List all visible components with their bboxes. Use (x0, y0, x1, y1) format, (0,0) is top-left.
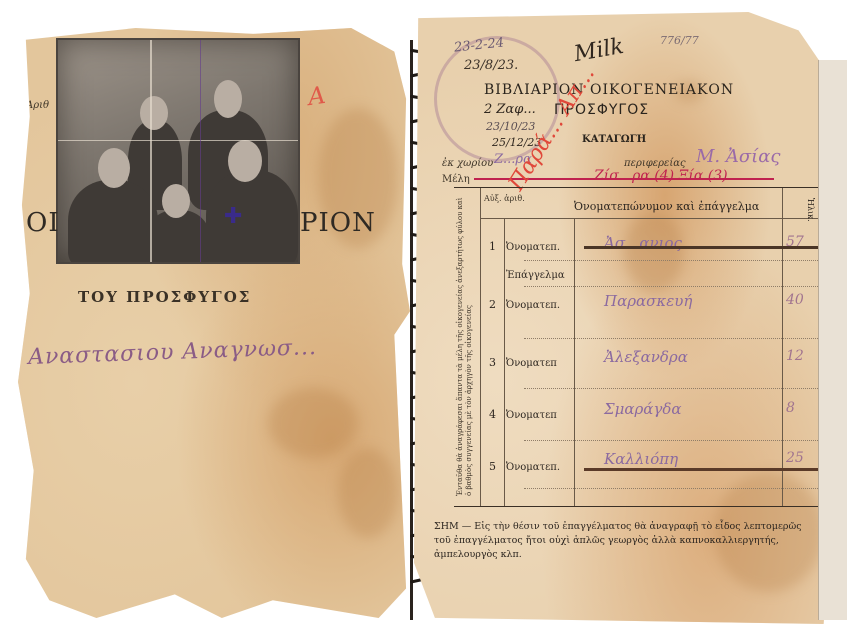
table-divider (574, 218, 575, 506)
header-divider (480, 218, 824, 219)
row-name: Καλλιόπη (604, 450, 678, 468)
crack (150, 40, 152, 262)
row-number: 2 (484, 298, 496, 311)
person-face (162, 184, 190, 218)
person-figure (68, 180, 158, 264)
row-name: Ἀλεξανδρα (604, 348, 688, 366)
column-header-age: Ἡλικ. (806, 198, 815, 222)
row-age: 40 (786, 292, 804, 308)
row-divider (524, 440, 824, 441)
row-number: 4 (484, 408, 496, 421)
region-value: Μ. Ἀσίας (696, 146, 780, 167)
table-divider (480, 188, 481, 506)
refugee-label: ΤΟΥ ΠΡΟΣΦΥΓΟΣ (78, 288, 251, 306)
column-header-name: Ὀνοματεπώνυμον καὶ ἐπάγγελμα (574, 200, 759, 213)
cross-mark-icon: ✚ (224, 204, 242, 229)
person-face (228, 140, 262, 182)
row-label: Ὀνοματεπ. (506, 242, 560, 253)
strike-line (584, 246, 824, 249)
row-label: Ὀνοματεπ (506, 358, 557, 369)
row-name: Παρασκευή (604, 292, 692, 310)
title-fragment-right: ΡΙΟΝ (300, 208, 376, 238)
stain (338, 448, 398, 538)
footnote: ΣΗΜ — Εἰς τὴν θέσιν τοῦ ἐπαγγέλματος θὰ … (434, 520, 814, 562)
table-divider (504, 218, 505, 506)
row-label: Ὀνοματεπ (506, 410, 557, 421)
handwritten-date: 23/8/23. (464, 58, 518, 73)
row-age: 12 (786, 348, 804, 364)
column-header-number: Αὐξ. ἀριθ. (484, 194, 525, 204)
owner-name-handwritten: Αναστασιου Αναγνωσ... (28, 335, 318, 370)
person-face (140, 96, 168, 130)
back-page-edge (818, 60, 847, 620)
members-value: Ζίσ...ρα (4) Ξία (3) (594, 168, 728, 184)
person-figure (206, 170, 298, 264)
strike-line (584, 468, 824, 471)
person-face (98, 148, 130, 188)
title-fragment-left: ΟΙ (26, 208, 60, 238)
signature: Milk (572, 34, 626, 67)
handwritten-note: 2 Ζαφ... (484, 102, 536, 117)
handwritten-date: 23/10/23 (486, 120, 535, 133)
family-members-table: Ἐνταῦθα θὰ ἀναγράφεσαι ἅπαντα τὰ μέλη τῆ… (454, 187, 824, 507)
number-label: Αριθ (26, 100, 49, 111)
table-divider (782, 188, 783, 506)
row-label: Ὀνοματεπ. (506, 462, 560, 473)
row-divider (524, 260, 824, 261)
crack (58, 140, 298, 141)
left-page: Αριθ ✚ A ΟΙ ΡΙΟΝ ΤΟΥ ΠΡΟΣΦΥΓΟΣ Αναστασιο… (18, 28, 410, 618)
row-divider (524, 338, 824, 339)
row-number: 3 (484, 356, 496, 369)
row-number: 5 (484, 460, 496, 473)
row-age: 25 (786, 450, 804, 466)
side-note: Ἐνταῦθα θὰ ἀναγράφεσαι ἅπαντα τὰ μέλη τῆ… (456, 196, 480, 496)
row-divider (524, 286, 824, 287)
row-number: 1 (484, 240, 496, 253)
row-divider (524, 388, 824, 389)
family-photo: ✚ (56, 38, 300, 264)
row-name: Σμαράγδα (604, 400, 682, 418)
red-letter-mark: A (306, 81, 327, 111)
from-place-label: ἐκ χωρίου (442, 158, 493, 169)
handwritten-number: 776/77 (660, 34, 699, 47)
row-age: 8 (786, 400, 795, 416)
origin-label: ΚΑΤΑΓΩΓΗ (582, 134, 646, 145)
row-divider (524, 488, 824, 489)
stain (268, 388, 358, 458)
document-title: ΒΙΒΛΙΑΡΙΟΝ ΟΙΚΟΓΕΝΕΙΑΚΟΝ (484, 82, 734, 98)
row-occupation-label: Ἐπάγγελμα (506, 270, 565, 281)
row-label: Ὀνοματεπ. (506, 300, 560, 311)
row-name: Ἀσ...ανιος (604, 234, 682, 252)
right-page: 23-2-24 23/8/23. Milk 776/77 ΒΙΒΛΙΑΡΙΟΝ … (414, 12, 832, 624)
members-label: Μέλη (442, 174, 470, 185)
purple-line (200, 40, 201, 262)
person-face (214, 80, 242, 118)
